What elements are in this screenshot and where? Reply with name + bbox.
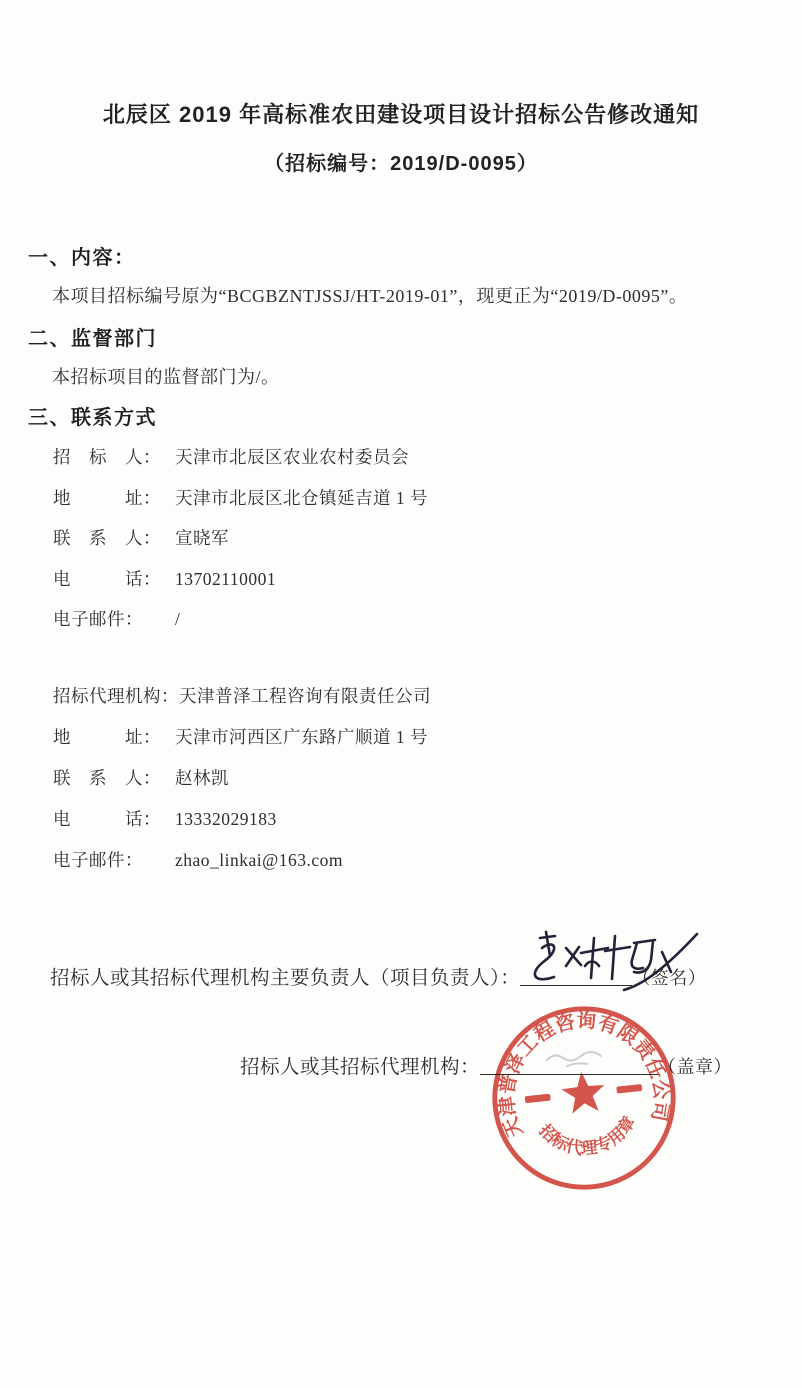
tenderer-name-label: 招 标 人：	[53, 446, 175, 468]
agency-address-value: 天津市河西区广东路广顺道 1 号	[175, 727, 428, 747]
section-3-heading: 三、联系方式	[28, 401, 157, 430]
agency-address-label: 地 址：	[53, 726, 175, 748]
section-1-heading: 一、内容：	[28, 241, 136, 270]
seal-left-bar	[525, 1094, 551, 1103]
section-2-body: 本招标项目的监督部门为/。	[52, 363, 280, 389]
org-stamp-label: 招标人或其招标代理机构：	[240, 1057, 480, 1078]
agency-name-label: 招标代理机构：	[53, 685, 179, 707]
tenderer-contact-block: 招 标 人：天津市北辰区农业农村委员会 地 址：天津市北辰区北仓镇延吉道 1 号…	[53, 446, 428, 649]
signature-note: （签名）	[632, 968, 706, 988]
agency-phone-label: 电 话：	[53, 808, 175, 830]
agency-email-label: 电子邮件：	[53, 849, 175, 871]
tenderer-contact-person-label: 联 系 人：	[53, 527, 175, 549]
tenderer-contact-person-row: 联 系 人：宣晓军	[53, 527, 428, 549]
tenderer-name-value: 天津市北辰区农业农村委员会	[175, 447, 409, 467]
tenderer-phone-value: 13702110001	[175, 569, 276, 589]
tenderer-address-row: 地 址：天津市北辰区北仓镇延吉道 1 号	[53, 487, 428, 509]
tenderer-address-value: 天津市北辰区北仓镇延吉道 1 号	[175, 488, 428, 508]
principal-signature-label: 招标人或其招标代理机构主要负责人（项目负责人）：	[50, 968, 520, 989]
stamp-note: （盖章）	[658, 1057, 732, 1077]
agency-name-value: 天津普泽工程咨询有限责任公司	[179, 686, 431, 706]
tenderer-email-row: 电子邮件：/	[53, 608, 428, 630]
doc-title: 北辰区 2019 年高标准农田建设项目设计招标公告修改通知	[0, 98, 802, 129]
tenderer-email-label: 电子邮件：	[53, 608, 175, 630]
agency-contact-person-label: 联 系 人：	[53, 767, 175, 789]
stamp-underline	[480, 1055, 658, 1075]
tenderer-phone-label: 电 话：	[53, 568, 175, 590]
seal-right-bar	[616, 1084, 642, 1093]
agency-contact-person-value: 赵林凯	[175, 768, 229, 788]
agency-phone-value: 13332029183	[175, 809, 277, 829]
company-seal-stamp: 天津普泽工程咨询有限责任公司 招标代理专用章	[476, 990, 691, 1205]
signature-underline	[520, 966, 632, 986]
section-2-heading: 二、监督部门	[28, 322, 157, 351]
agency-phone-row: 电 话：13332029183	[53, 808, 431, 830]
principal-signature-line: 招标人或其招标代理机构主要负责人（项目负责人）：（签名）	[50, 962, 706, 990]
seal-ring	[486, 1000, 682, 1196]
document-page: 北辰区 2019 年高标准农田建设项目设计招标公告修改通知 （招标编号：2019…	[0, 0, 802, 1388]
seal-caption-text: 招标代理专用章	[534, 1110, 643, 1163]
tenderer-contact-person-value: 宣晓军	[175, 528, 229, 548]
agency-address-row: 地 址：天津市河西区广东路广顺道 1 号	[53, 726, 431, 748]
agency-email-row: 电子邮件：zhao_linkai@163.com	[53, 849, 431, 871]
tenderer-phone-row: 电 话：13702110001	[53, 568, 428, 590]
tenderer-address-label: 地 址：	[53, 487, 175, 509]
agency-email-value: zhao_linkai@163.com	[175, 850, 343, 870]
agency-contact-block: 招标代理机构：天津普泽工程咨询有限责任公司 地 址：天津市河西区广东路广顺道 1…	[53, 685, 431, 890]
org-stamp-line: 招标人或其招标代理机构：（盖章）	[240, 1051, 732, 1079]
doc-subtitle: （招标编号：2019/D-0095）	[0, 147, 802, 176]
section-1-body: 本项目招标编号原为“BCGBZNTJSSJ/HT-2019-01”，现更正为“2…	[52, 282, 687, 308]
tenderer-email-value: /	[175, 609, 180, 629]
tenderer-name-row: 招 标 人：天津市北辰区农业农村委员会	[53, 446, 428, 468]
agency-contact-person-row: 联 系 人：赵林凯	[53, 767, 431, 789]
agency-name-row: 招标代理机构：天津普泽工程咨询有限责任公司	[53, 685, 431, 707]
